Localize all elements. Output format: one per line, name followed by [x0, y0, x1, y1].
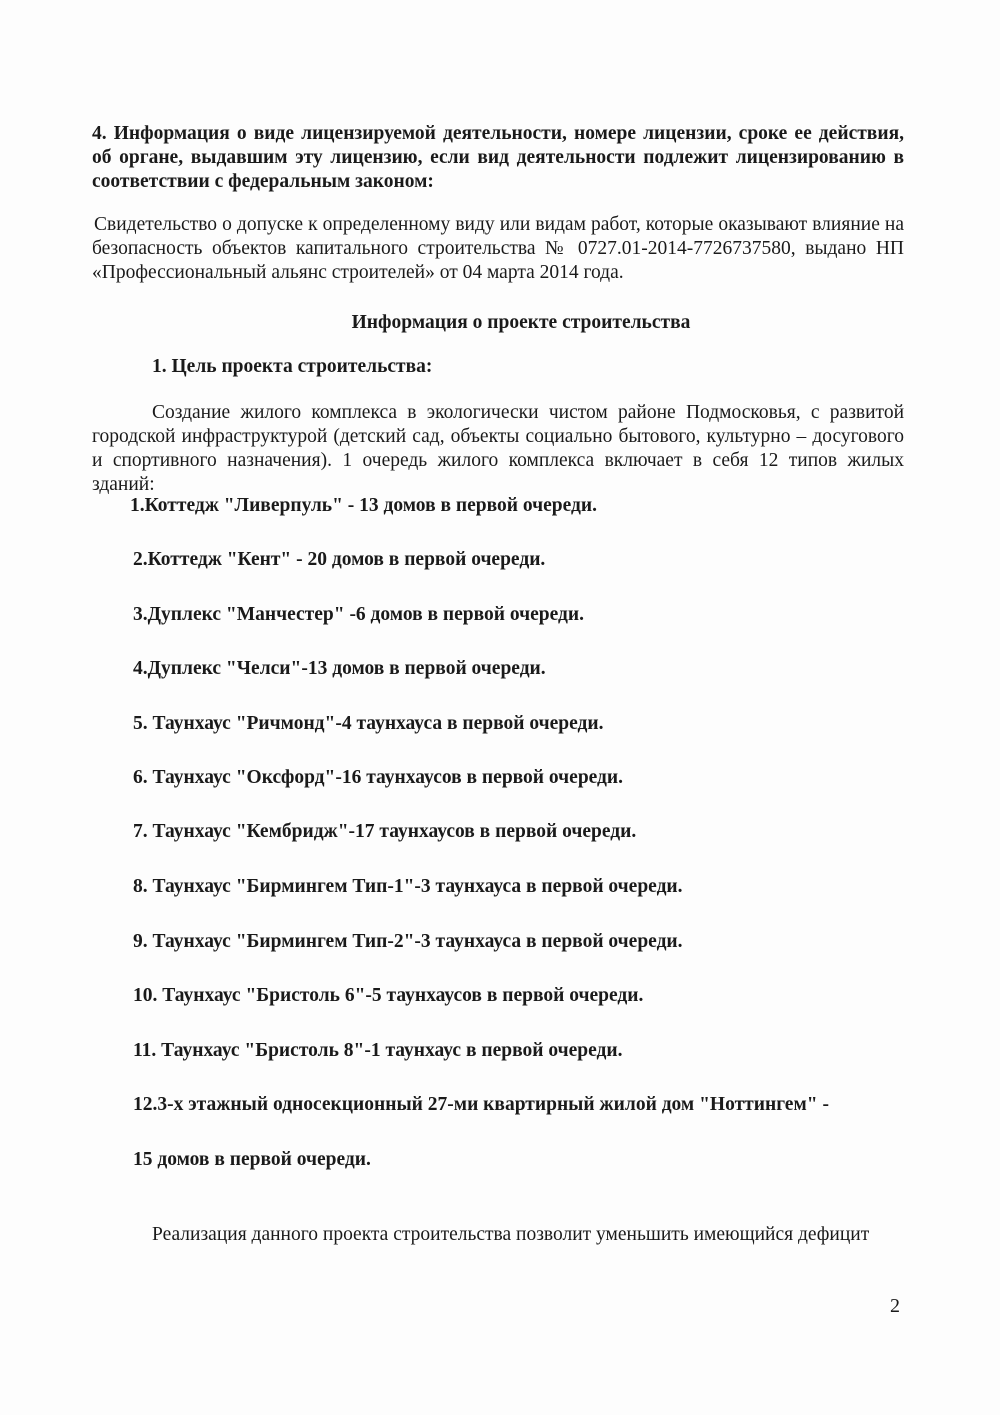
page-number: 2: [890, 1295, 900, 1318]
list-item: 3.Дуплекс "Манчестер" -6 домов в первой …: [133, 604, 584, 626]
list-item: 6. Таунхаус "Оксфорд"-16 таунхаусов в пе…: [133, 767, 623, 789]
project-goal-paragraph: Создание жилого комплекса в экологически…: [92, 401, 904, 497]
list-item: 11. Таунхаус "Бристоль 8"-1 таунхаус в п…: [133, 1040, 622, 1062]
list-item: 10. Таунхаус "Бристоль 6"-5 таунхаусов в…: [133, 985, 643, 1007]
list-item: 4.Дуплекс "Челси"-13 домов в первой очер…: [133, 658, 546, 680]
project-info-heading: Информация о проекте строительства: [0, 312, 1000, 334]
list-item: 1.Коттедж "Ливерпуль" - 13 домов в перво…: [130, 495, 597, 517]
list-item: 7. Таунхаус "Кембридж"-17 таунхаусов в п…: [133, 821, 636, 843]
project-goal-heading: 1. Цель проекта строительства:: [152, 356, 432, 378]
list-item: 8. Таунхаус "Бирмингем Тип-1"-3 таунхаус…: [133, 876, 683, 898]
closing-paragraph: Реализация данного проекта строительства…: [152, 1224, 904, 1246]
list-item: 15 домов в первой очереди.: [133, 1149, 371, 1171]
section-4-heading: 4. Информация о виде лицензируемой деяте…: [92, 122, 904, 194]
list-item: 5. Таунхаус "Ричмонд"-4 таунхауса в перв…: [133, 713, 604, 735]
list-item: 12.3-х этажный односекционный 27-ми квар…: [133, 1094, 829, 1116]
list-item: 2.Коттедж "Кент" - 20 домов в первой оче…: [133, 549, 545, 571]
list-item: 9. Таунхаус "Бирмингем Тип-2"-3 таунхаус…: [133, 931, 683, 953]
certificate-paragraph: Свидетельство о допуске к определенному …: [92, 213, 904, 285]
